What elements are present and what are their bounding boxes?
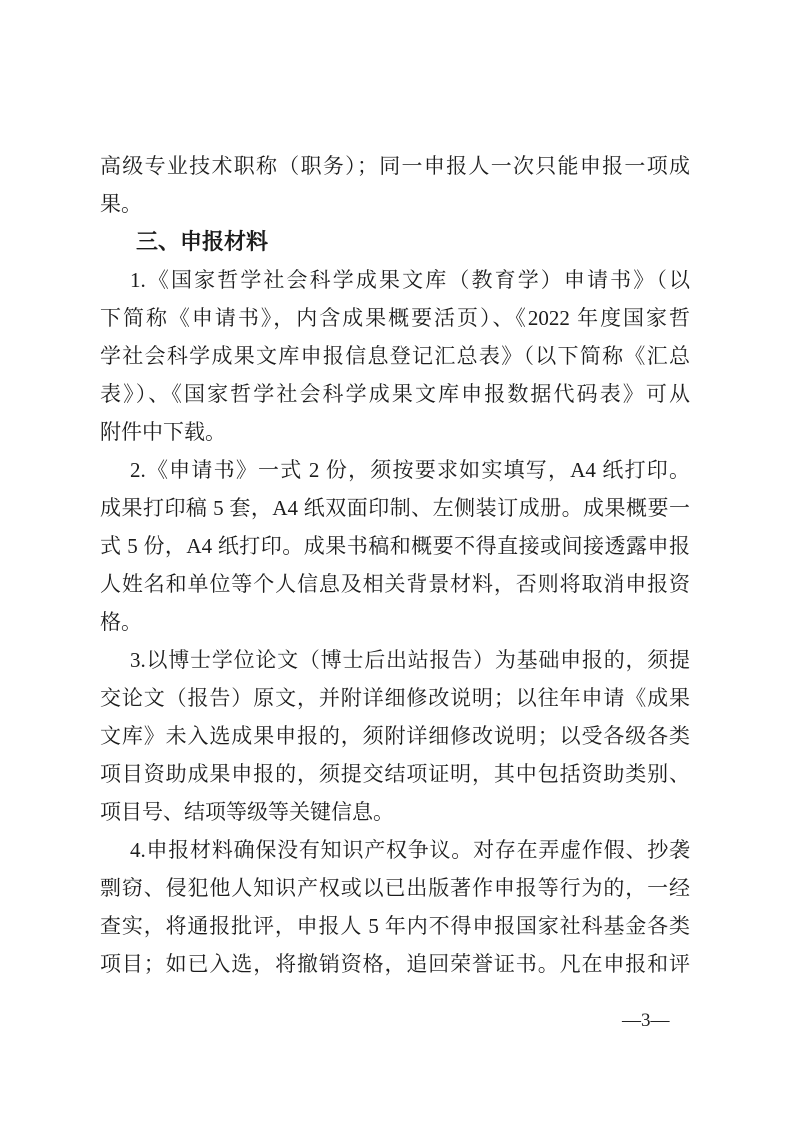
text-line: 格。	[100, 603, 690, 641]
text-line: 人姓名和单位等个人信息及相关背景材料，否则将取消申报资	[100, 565, 690, 603]
text-line: 三、申报材料	[100, 223, 690, 261]
text-line: 学社会科学成果文库申报信息登记汇总表》（以下简称《汇总	[100, 337, 690, 375]
text-line: 项目资助成果申报的，须提交结项证明，其中包括资助类别、	[100, 755, 690, 793]
text-line: 高级专业技术职称（职务）；同一申报人一次只能申报一项成	[100, 147, 690, 185]
text-line: 附件中下载。	[100, 413, 690, 451]
text-line: 交论文（报告）原文，并附详细修改说明；以往年申请《成果	[100, 679, 690, 717]
text-line: 1.《国家哲学社会科学成果文库（教育学）申请书》（以	[100, 261, 690, 299]
text-line: 3.以博士学位论文（博士后出站报告）为基础申报的，须提	[100, 641, 690, 679]
document-page: 高级专业技术职称（职务）；同一申报人一次只能申报一项成果。三、申报材料1.《国家…	[0, 0, 793, 1122]
page-number: —3—	[622, 1008, 702, 1034]
text-line: 剽窃、侵犯他人知识产权或以已出版著作申报等行为的，一经	[100, 869, 690, 907]
text-line: 查实，将通报批评，申报人 5 年内不得申报国家社科基金各类	[100, 907, 690, 945]
text-line: 项目号、结项等级等关键信息。	[100, 793, 690, 831]
text-line: 式 5 份，A4 纸打印。成果书稿和概要不得直接或间接透露申报	[100, 527, 690, 565]
text-line: 项目；如已入选，将撤销资格，追回荣誉证书。凡在申报和评	[100, 945, 690, 983]
text-line: 2.《申请书》一式 2 份，须按要求如实填写，A4 纸打印。	[100, 451, 690, 489]
text-line: 成果打印稿 5 套，A4 纸双面印制、左侧装订成册。成果概要一	[100, 489, 690, 527]
text-line: 文库》未入选成果申报的，须附详细修改说明；以受各级各类	[100, 717, 690, 755]
text-line: 4.申报材料确保没有知识产权争议。对存在弄虚作假、抄袭	[100, 831, 690, 869]
text-line: 表》）、《国家哲学社会科学成果文库申报数据代码表》可从	[100, 375, 690, 413]
document-body: 高级专业技术职称（职务）；同一申报人一次只能申报一项成果。三、申报材料1.《国家…	[100, 147, 690, 983]
text-line: 果。	[100, 185, 690, 223]
text-line: 下简称《申请书》，内含成果概要活页）、《2022 年度国家哲	[100, 299, 690, 337]
